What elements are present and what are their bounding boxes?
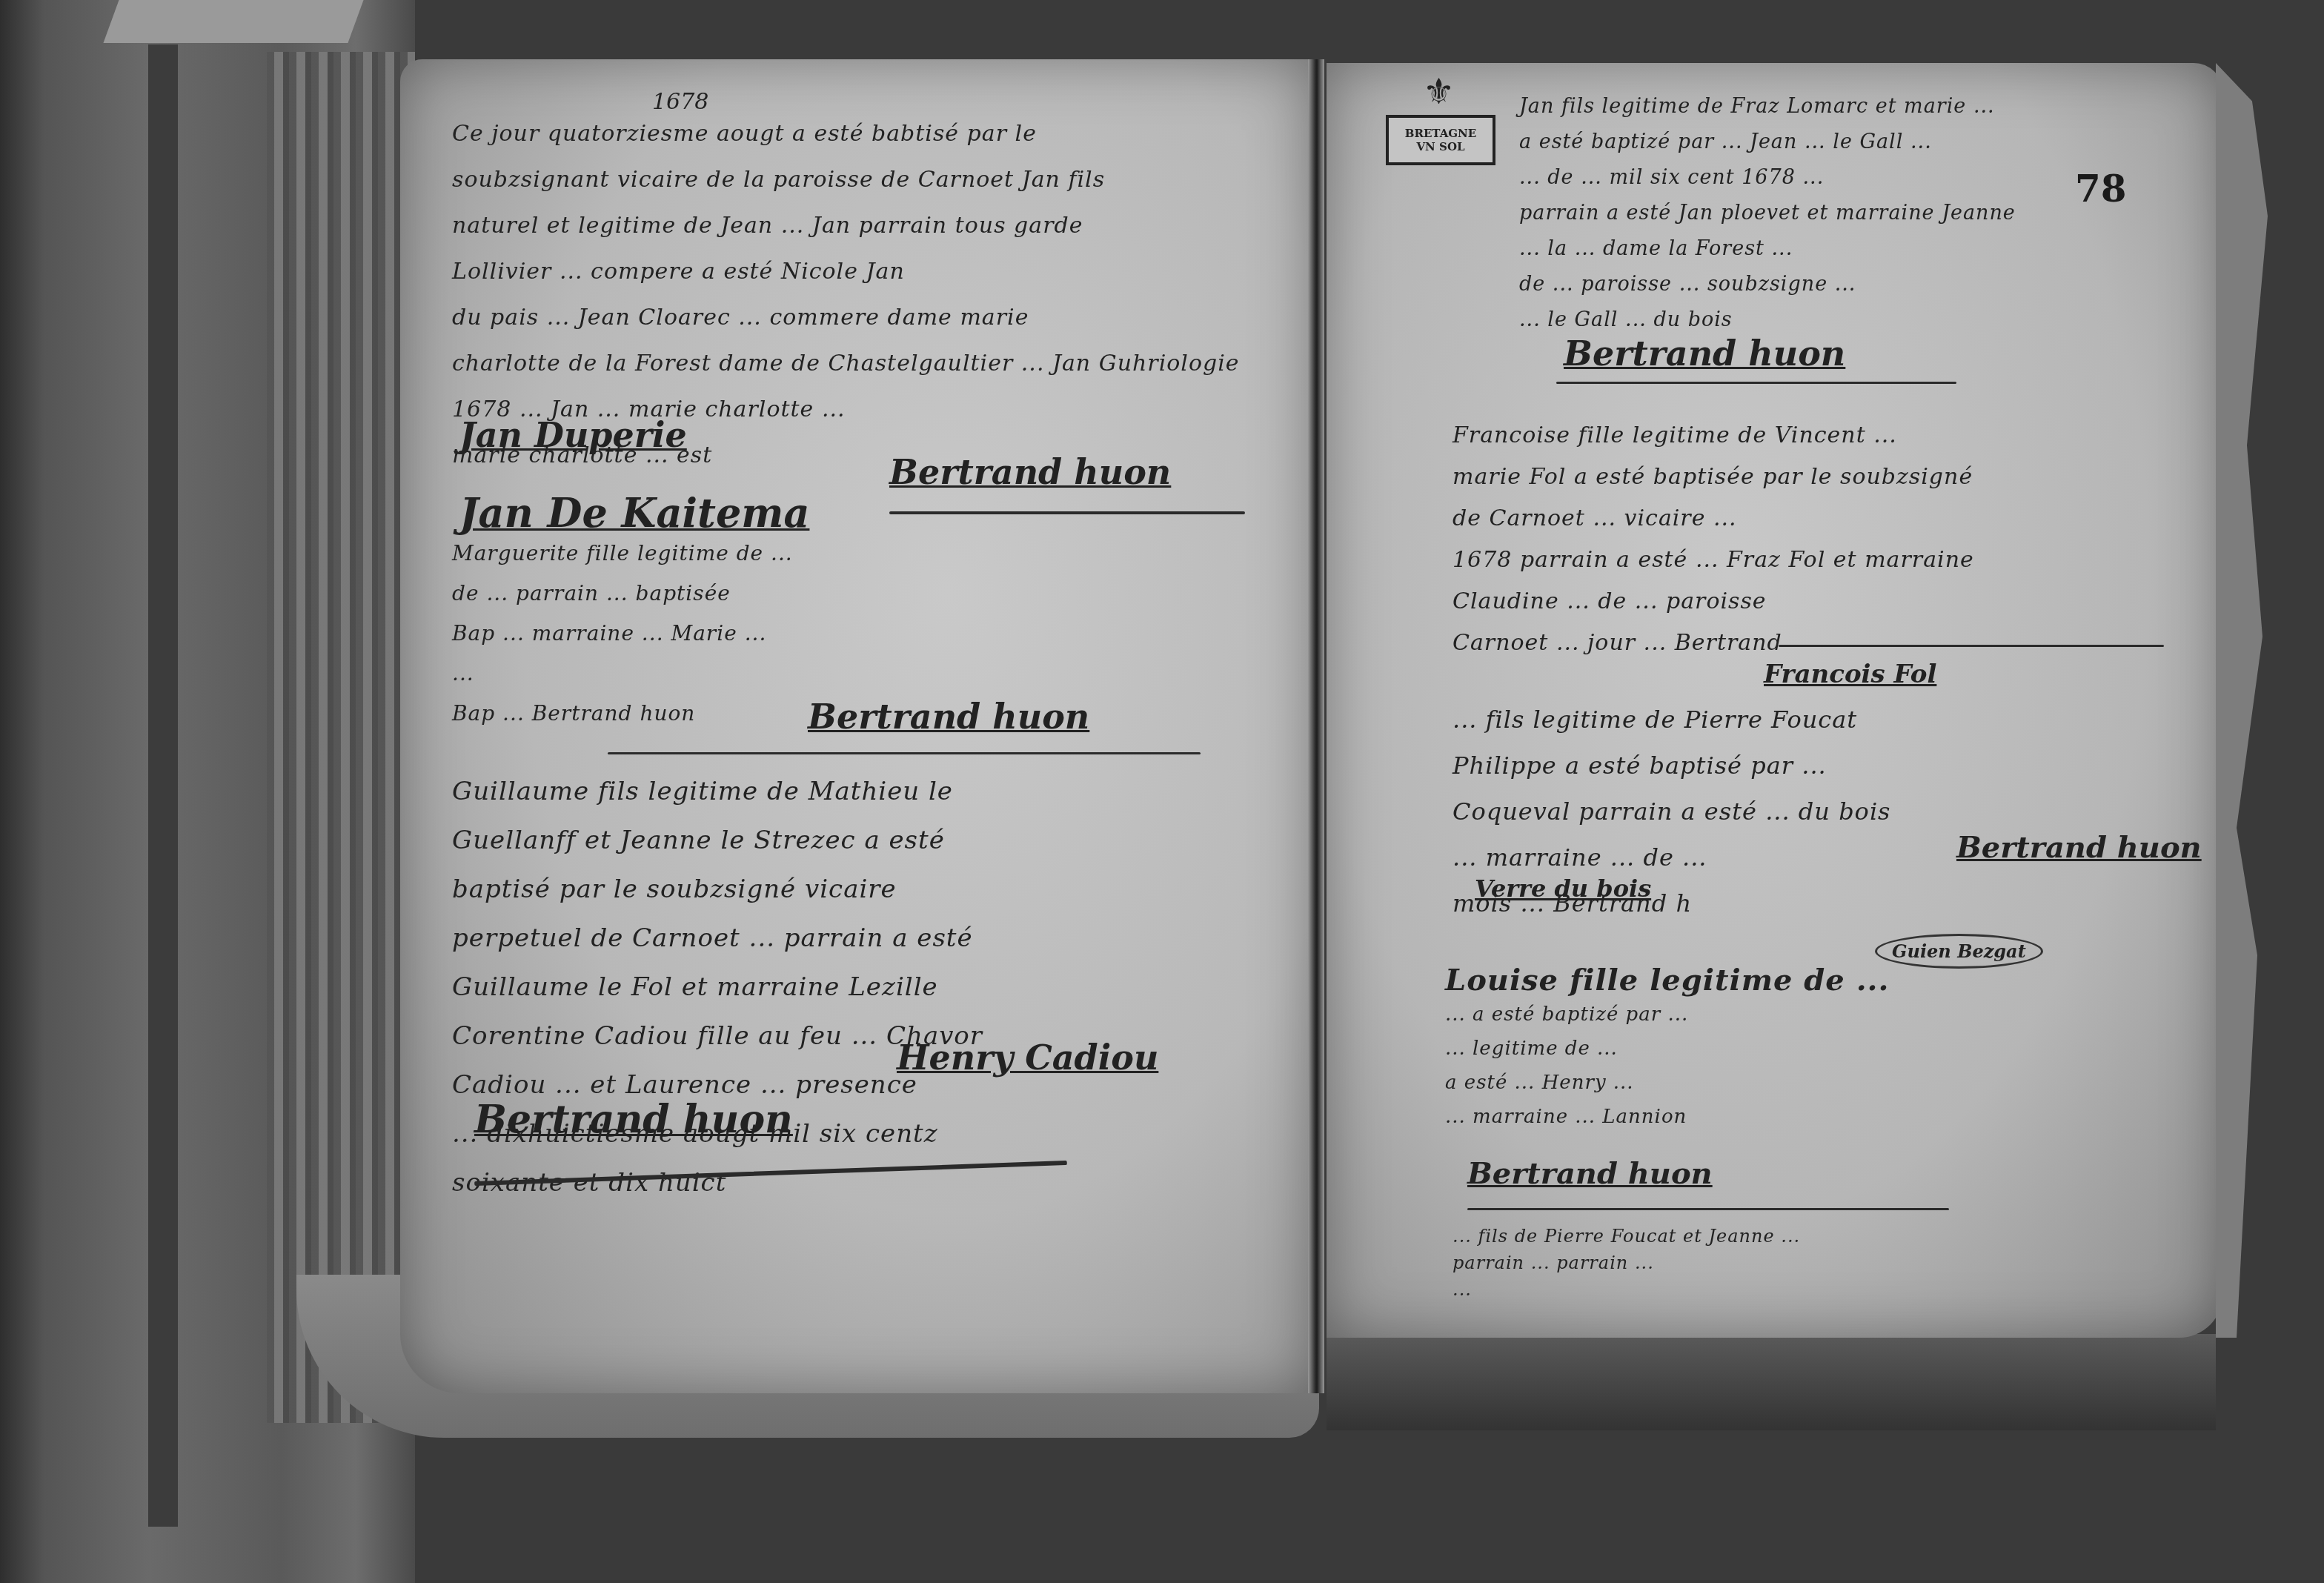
entry-line: de Carnoet ... vicaire ... [1452, 498, 2194, 540]
entry-line: Guillaume le Fol et marraine Lezille [452, 963, 1282, 1012]
entry-line: perpetuel de Carnoet ... parrain a esté [452, 914, 1282, 963]
entry-divider [608, 752, 1201, 754]
entry-line: Guillaume fils legitime de Mathieu le [452, 767, 1282, 816]
entry-line: Bap ... marraine ... Marie ... [452, 614, 1282, 654]
entry-line: 1678 parrain a esté ... Fraz Fol et marr… [1452, 540, 2194, 581]
entry-line: ... de ... mil six cent 1678 ... [1519, 160, 2186, 196]
torn-right-edge [2216, 63, 2268, 1338]
paper-tab [103, 0, 363, 43]
entry-line: Francoise fille legitime de Vincent ... [1452, 415, 2194, 457]
right-entry-2: Francoise fille legitime de Vincent ... … [1452, 415, 2194, 664]
entry-line: Guellanff et Jeanne le Strezec a esté [452, 816, 1282, 865]
entry-line: Ce jour quatorziesme aougt a esté babtis… [452, 111, 1282, 157]
entry-line: a esté ... Henry ... [1445, 1066, 2186, 1100]
entry-line: Carnoet ... jour ... Bertrand [1452, 623, 2194, 664]
signature: Henry Cadiou [897, 1038, 1158, 1078]
right-entry-5: ... fils de Pierre Foucat et Jeanne ... … [1452, 1223, 2194, 1303]
entry-line: ... fils legitime de Pierre Foucat [1452, 697, 2194, 743]
cover-bottom [1327, 1334, 2216, 1430]
entry-line: charlotte de la Forest dame de Chastelga… [452, 341, 1282, 387]
entry-line: de ... paroisse ... soubzsigne ... [1519, 267, 2186, 302]
signature: Bertrand huon [889, 452, 1171, 492]
signature: Bertrand huon [808, 697, 1089, 737]
stamp-label: BRETAGNE VN SOL [1386, 115, 1495, 165]
signature: Verre du bois [1475, 875, 1651, 903]
entry-line: ... la ... dame la Forest ... [1519, 231, 2186, 267]
entry-line: de ... parrain ... baptisée [452, 574, 1282, 614]
entry-line: ... [452, 654, 1282, 694]
entry-line: ... marraine ... Lannion [1445, 1100, 2186, 1134]
entry-line: du pais ... Jean Cloarec ... commere dam… [452, 295, 1282, 341]
entry-line: soubzsignant vicaire de la paroisse de C… [452, 157, 1282, 203]
binding-strap [148, 44, 178, 1527]
signature: Jan Duperie [459, 415, 687, 455]
right-entry-4: Louise fille legitime de ... ... a esté … [1445, 963, 2186, 1134]
signature: Jan De Kaitema [459, 489, 809, 537]
stamp-line-2: VN SOL [1416, 140, 1464, 153]
fleur-de-lis-icon: ⚜ [1423, 74, 1455, 110]
entry-line: naturel et legitime de Jean ... Jan parr… [452, 203, 1282, 249]
right-entry-1: Jan fils legitime de Fraz Lomarc et mari… [1519, 89, 2186, 338]
entry-line: Claudine ... de ... paroisse [1452, 581, 2194, 623]
entry-divider [889, 511, 1245, 514]
entry-divider [1779, 645, 2164, 647]
entry-line: ... fils de Pierre Foucat et Jeanne ... [1452, 1223, 2194, 1250]
entry-line: Philippe a esté baptisé par ... [1452, 743, 2194, 789]
entry-line: a esté baptizé par ... Jean ... le Gall … [1519, 125, 2186, 160]
entry-line: Louise fille legitime de ... [1445, 963, 2186, 998]
entry-line: ... a esté baptizé par ... [1445, 998, 2186, 1032]
entry-line: Lollivier ... compere a esté Nicole Jan [452, 249, 1282, 295]
entry-divider [1467, 1208, 1949, 1210]
signature: Bertrand huon [474, 1097, 793, 1142]
signature: Bertrand huon [1956, 830, 2202, 865]
frayed-binding [267, 52, 415, 1423]
entry-line: marie Fol a esté baptisée par le soubzsi… [1452, 457, 2194, 498]
stamp-line-1: BRETAGNE [1405, 127, 1477, 140]
entry-line: Marguerite fille legitime de ... [452, 534, 1282, 574]
tax-stamp: ⚜ BRETAGNE VN SOL [1378, 70, 1504, 196]
entry-line: soixante et dix huict [452, 1158, 1282, 1207]
entry-line: ... le Gall ... du bois [1519, 302, 2186, 338]
signature: Francois Fol [1764, 660, 1936, 689]
entry-line: Jan fils legitime de Fraz Lomarc et mari… [1519, 89, 2186, 125]
entry-line: ... [1452, 1276, 2194, 1303]
entry-line: baptisé par le soubzsigné vicaire [452, 865, 1282, 914]
signature: Bertrand huon [1467, 1156, 1713, 1191]
entry-line: ... legitime de ... [1445, 1032, 2186, 1066]
entry-line: parrain ... parrain ... [1452, 1250, 2194, 1276]
entry-line: Coqueval parrain a esté ... du bois [1452, 789, 2194, 834]
entry-line: parrain a esté Jan ploevet et marraine J… [1519, 196, 2186, 231]
book-gutter [1308, 59, 1324, 1393]
entry-divider [1556, 382, 1956, 384]
signature: Bertrand huon [1564, 333, 1845, 374]
